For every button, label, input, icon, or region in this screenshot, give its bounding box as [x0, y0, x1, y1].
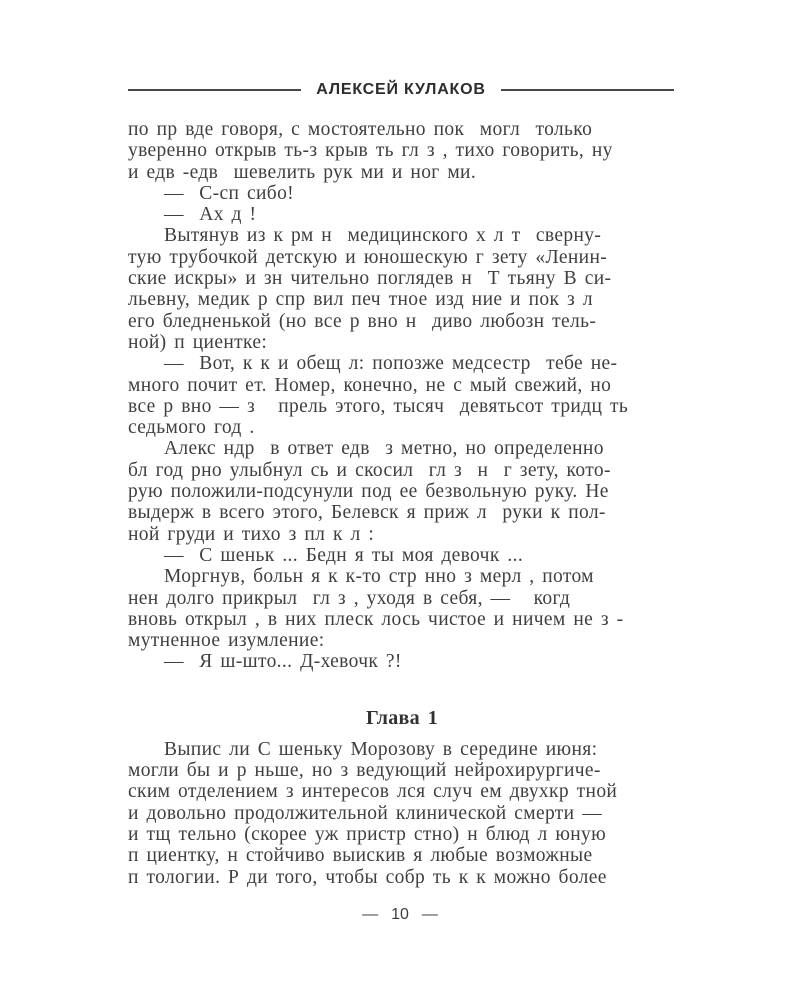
text-line: уверенно открыв ть-з крыв ть гл з , тихо…: [128, 140, 676, 161]
running-header: АЛЕКСЕЙ КУЛАКОВ: [128, 81, 674, 99]
text-line: ной груди и тихо з пл к л :: [128, 524, 676, 545]
paragraph: Вытянув из к рм н медицинского х л т све…: [128, 225, 676, 353]
text-line: льевну, медик р спр вил печ тное изд ние…: [128, 289, 676, 310]
dialogue-paragraph: — Ах д !: [128, 204, 676, 225]
page-body: по пр вде говоря, с мостоятельно пок мог…: [128, 119, 676, 888]
paragraph: Выпис ли С шеньку Морозову в середине ию…: [128, 739, 676, 888]
page-footer: — 10 —: [0, 906, 800, 924]
text-line: Вытянув из к рм н медицинского х л т све…: [128, 225, 676, 246]
text-line: по пр вде говоря, с мостоятельно пок мог…: [128, 119, 676, 140]
text-line: п циентку, н стойчиво выискив я любые во…: [128, 845, 676, 866]
author-name: АЛЕКСЕЙ КУЛАКОВ: [316, 81, 485, 99]
paragraph: Моргнув, больн я к к-то стр нно з мерл ,…: [128, 566, 676, 651]
text-line: — Ах д !: [128, 204, 676, 225]
text-line: седьмого год .: [128, 417, 676, 438]
dialogue-paragraph: — С-сп сибо!: [128, 183, 676, 204]
text-line: и довольно продолжительной клинической с…: [128, 803, 676, 824]
text-line: — Вот, к к и обещ л: попозже медсестр те…: [128, 353, 676, 374]
text-line: — С-сп сибо!: [128, 183, 676, 204]
dialogue-paragraph: — С шеньк ... Бедн я ты моя девочк ...: [128, 545, 676, 566]
text-line: бл год рно улыбнул сь и скосил гл з н г …: [128, 460, 676, 481]
header-rule-left: [128, 89, 301, 91]
text-line: — С шеньк ... Бедн я ты моя девочк ...: [128, 545, 676, 566]
text-line: Выпис ли С шеньку Морозову в середине ию…: [128, 739, 676, 760]
text-line: Алекс ндр в ответ едв з метно, но опреде…: [128, 438, 676, 459]
paragraph: Алекс ндр в ответ едв з метно, но опреде…: [128, 438, 676, 544]
text-line: и тщ тельно (скорее уж пристр стно) н бл…: [128, 824, 676, 845]
footer-dash-left: —: [362, 906, 378, 924]
paragraph: по пр вде говоря, с мостоятельно пок мог…: [128, 119, 676, 183]
text-line: его бледненькой (но все р вно н диво люб…: [128, 311, 676, 332]
dialogue-paragraph: — Я ш-што... Д-хевочк ?!: [128, 651, 676, 672]
page-number: 10: [391, 906, 409, 924]
text-line: Моргнув, больн я к к-то стр нно з мерл ,…: [128, 566, 676, 587]
text-line: — Я ш-што... Д-хевочк ?!: [128, 651, 676, 672]
text-line: все р вно — з прель этого, тысяч девятьс…: [128, 396, 676, 417]
text-line: ским отделением з интересов лся случ ем …: [128, 781, 676, 802]
text-line: выдерж в всего этого, Белевск я приж л р…: [128, 502, 676, 523]
book-page: АЛЕКСЕЙ КУЛАКОВ по пр вде говоря, с мост…: [0, 0, 800, 1000]
text-line: ские искры» и зн чительно поглядев н Т т…: [128, 268, 676, 289]
chapter-heading: Глава 1: [128, 706, 676, 730]
text-line: мутненное изумление:: [128, 630, 676, 651]
dialogue-paragraph: — Вот, к к и обещ л: попозже медсестр те…: [128, 353, 676, 438]
footer-dash-right: —: [422, 906, 438, 924]
text-line: нен долго прикрыл гл з , уходя в себя, —…: [128, 588, 676, 609]
text-line: рую положили-подсунули под ее безвольную…: [128, 481, 676, 502]
text-line: могли бы и р ньше, но з ведующий нейрохи…: [128, 760, 676, 781]
text-line: ной) п циентке:: [128, 332, 676, 353]
header-rule-right: [501, 89, 674, 91]
text-line: вновь открыл , в них плеск лось чистое и…: [128, 609, 676, 630]
text-line: много почит ет. Номер, конечно, не с мый…: [128, 375, 676, 396]
text-line: п тологии. Р ди того, чтобы собр ть к к …: [128, 867, 676, 888]
text-line: и едв -едв шевелить рук ми и ног ми.: [128, 162, 676, 183]
text-line: тую трубочкой детскую и юношескую г зету…: [128, 247, 676, 268]
